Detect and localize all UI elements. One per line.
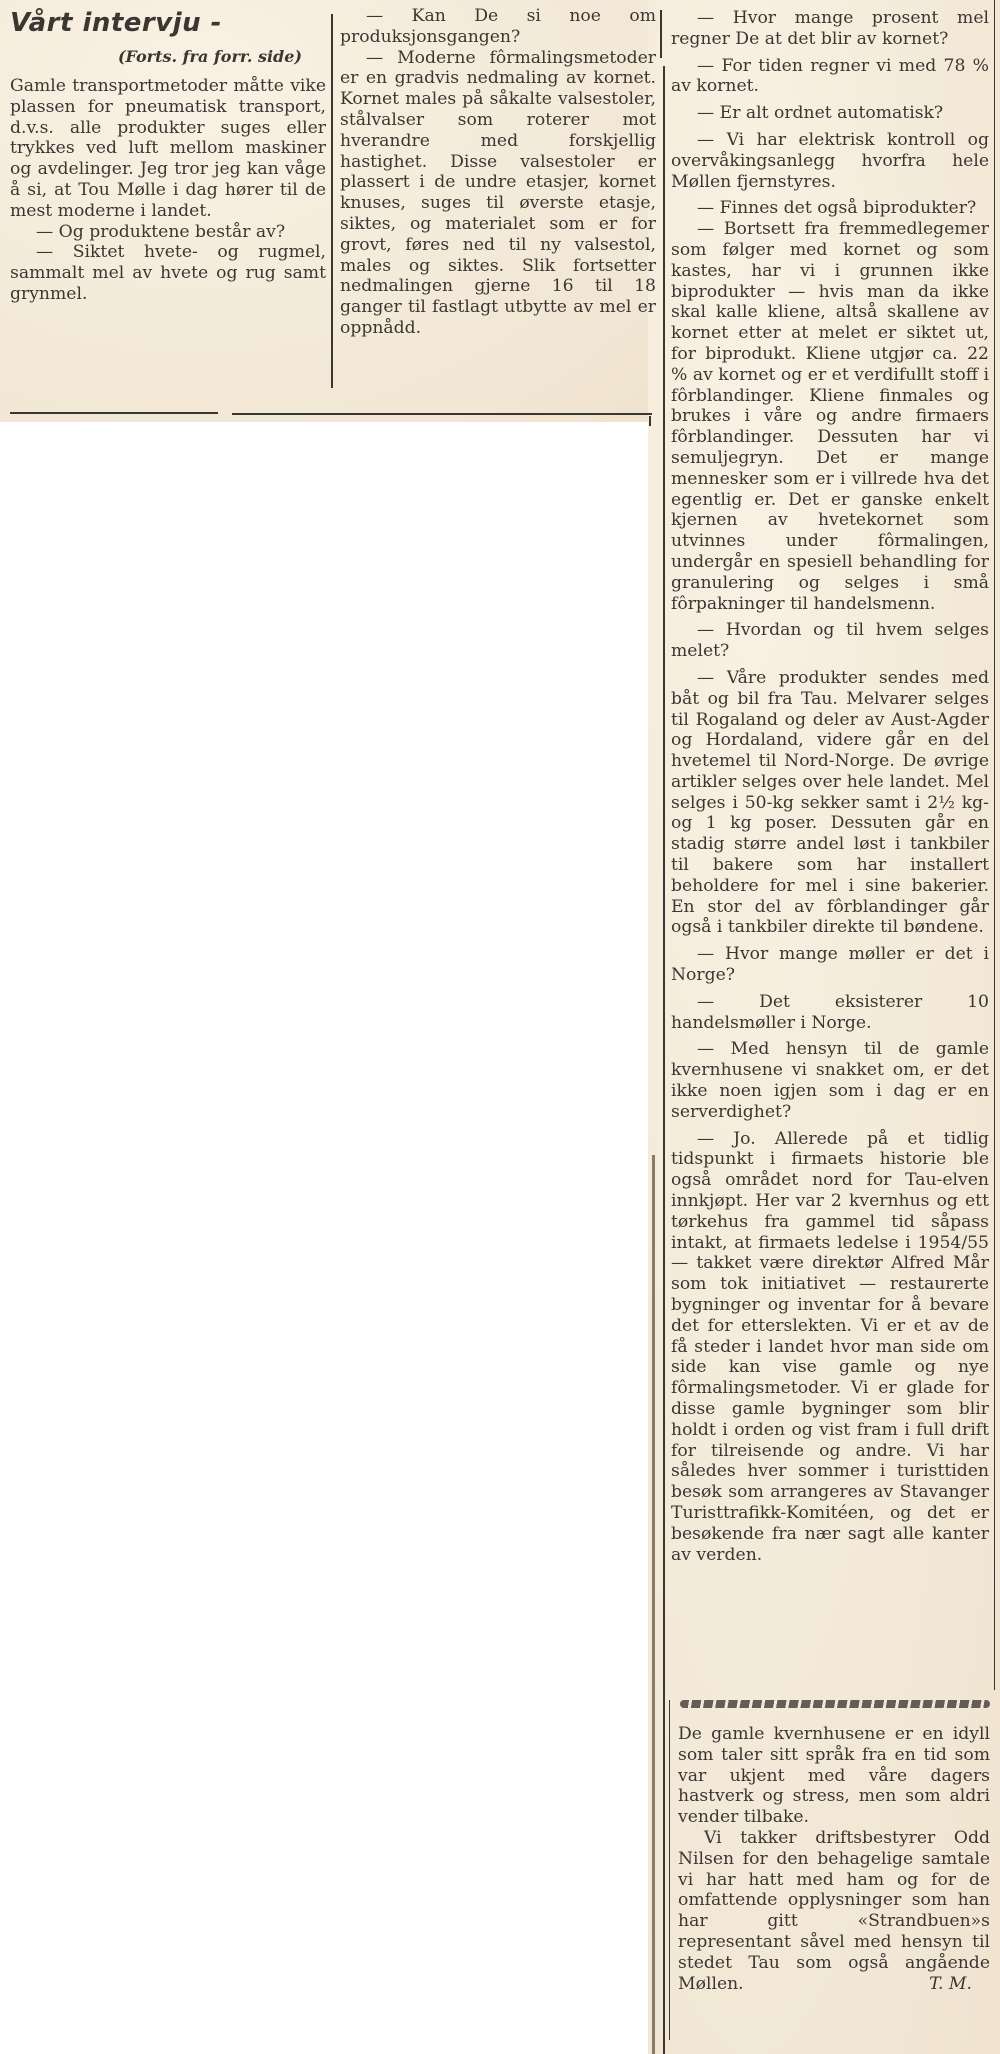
signature: T. M. xyxy=(903,1974,972,1995)
answer: — Jo. Allerede på et tidlig tidspunkt i … xyxy=(671,1129,989,1566)
column-rule-3 xyxy=(663,66,665,2054)
answer: — Siktet hvete- og rugmel, sammalt mel a… xyxy=(10,242,326,304)
answer: — Våre produkter sendes med båt og bil f… xyxy=(671,668,989,938)
question: — Finnes det også biprodukter? xyxy=(671,198,989,219)
answer: — Vi har elektrisk kontroll og overvåkin… xyxy=(671,130,989,192)
bottom-rule-tick xyxy=(649,416,651,426)
column-2: — Kan De si noe om produksjonsgangen? — … xyxy=(340,6,656,339)
closing-box-rule xyxy=(669,1700,670,2040)
answer: — Det eksisterer 10 handelsmøller i Norg… xyxy=(671,992,989,1034)
answer: — Moderne fôrmalingsmetoder er en gradvi… xyxy=(340,48,656,339)
question: — Hvor mange møller er det i Norge? xyxy=(671,944,989,986)
wavy-separator xyxy=(680,1700,990,1708)
question: — Med hensyn til de gamle kvernhusene vi… xyxy=(671,1039,989,1122)
question: — Er alt ordnet automatisk? xyxy=(671,103,989,124)
thanks-paragraph: Vi takker driftsbestyrer Odd Nilsen for … xyxy=(678,1828,990,1994)
closing-paragraph: De gamle kvernhusene er en idyll som tal… xyxy=(678,1724,990,1828)
question: — Hvordan og til hvem selges melet? xyxy=(671,620,989,662)
thanks-text: Vi takker driftsbestyrer Odd Nilsen for … xyxy=(678,1828,990,1994)
paragraph: Gamle transportmetoder måtte vike plasse… xyxy=(10,76,326,222)
question: — Og produktene består av? xyxy=(10,222,326,243)
question: — Kan De si noe om produksjonsgangen? xyxy=(340,6,656,48)
column-1: Vårt intervju - (Forts. fra forr. side) … xyxy=(10,6,326,305)
question: — Hvor mange prosent mel regner De at de… xyxy=(671,8,989,50)
paper-edge-shadow xyxy=(652,1155,655,2054)
bottom-rule-left xyxy=(10,412,218,414)
column-rule-2 xyxy=(660,10,662,58)
answer: — Bortsett fra fremmedlegemer som følger… xyxy=(671,219,989,614)
headline: Vårt intervju - xyxy=(10,6,326,40)
answer: — For tiden regner vi med 78 % av kornet… xyxy=(671,56,989,98)
continued-note: (Forts. fra forr. side) xyxy=(10,46,302,68)
closing-box: De gamle kvernhusene er en idyll som tal… xyxy=(678,1724,990,1994)
column-rule-1 xyxy=(331,14,333,388)
column-3: — Hvor mange prosent mel regner De at de… xyxy=(671,8,989,1565)
bottom-rule-right xyxy=(232,413,652,415)
right-edge-rule xyxy=(994,0,995,1690)
